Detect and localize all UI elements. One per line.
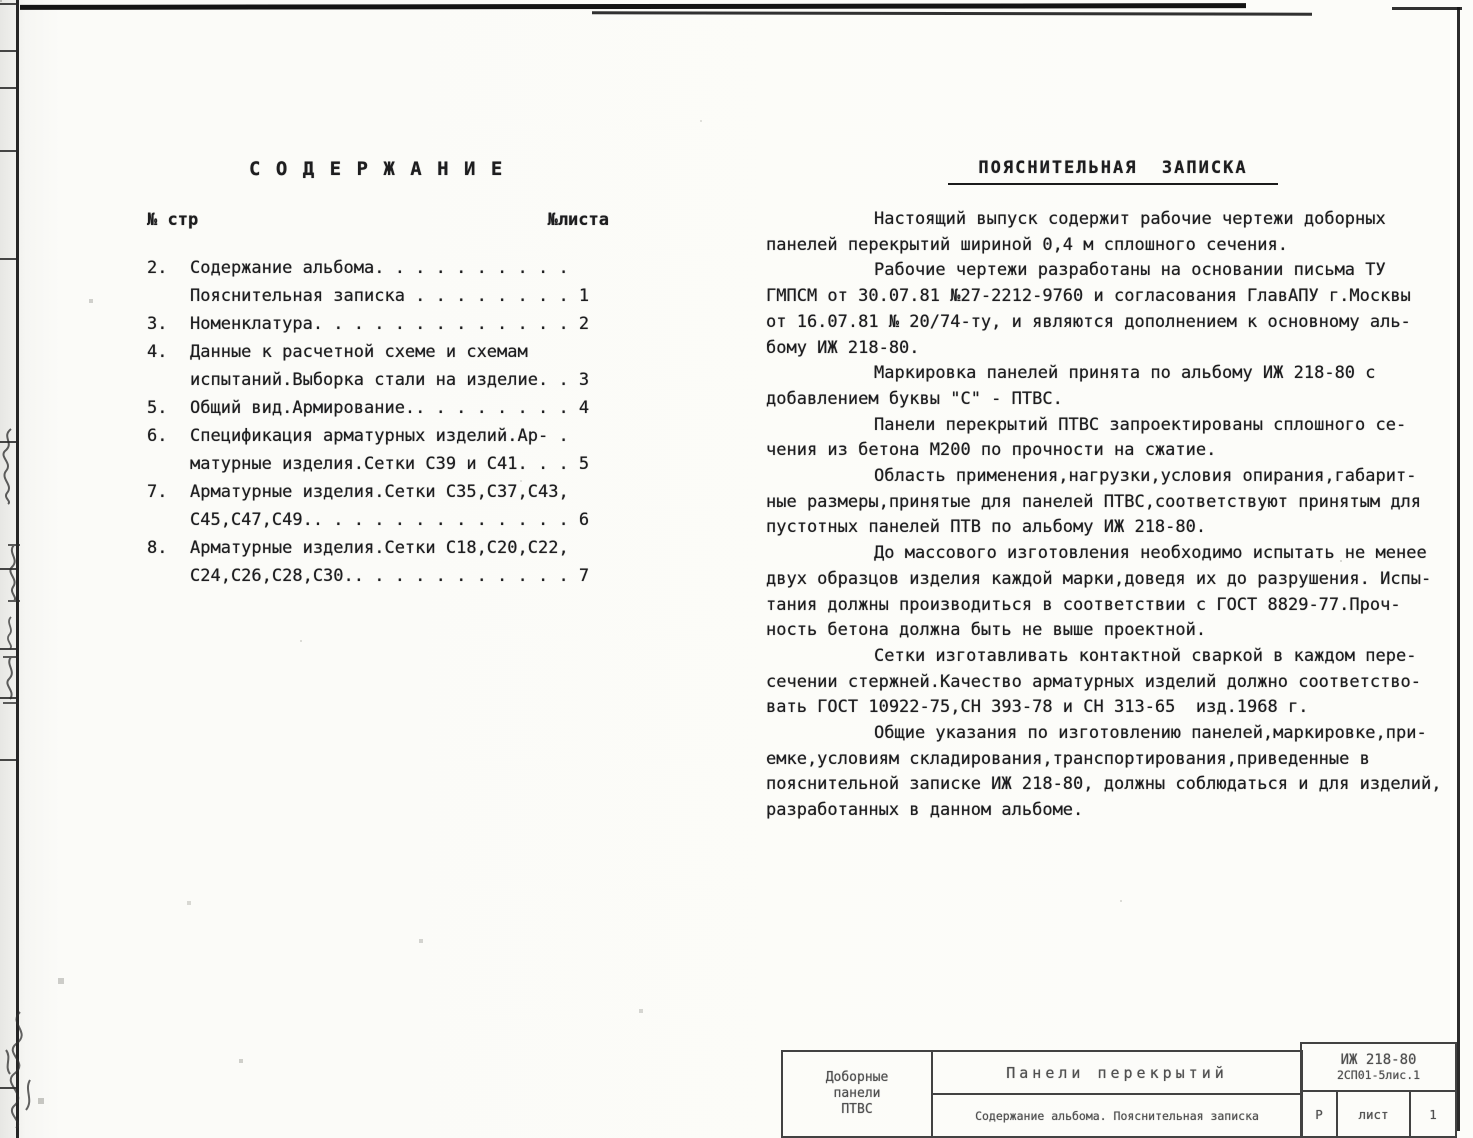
title-block-sheet-title: Содержание альбома. Пояснительная записк…: [933, 1095, 1301, 1136]
contents-item-line: Арматурные изделия.Сетки С35,С37,С43,: [190, 478, 619, 506]
note-paragraph: Панели перекрытий ПТВС запроектированы с…: [766, 413, 1460, 464]
note-line: пояснительной записке ИЖ 218-80, должны …: [766, 772, 1460, 798]
contents-column-headers: № стр №листа: [147, 210, 609, 230]
contents-item-line: Арматурные изделия.Сетки С18,С20,С22,: [190, 534, 619, 562]
note-paragraph: Сетки изготавливать контактной сваркой в…: [766, 644, 1460, 721]
margin-tick: [0, 87, 16, 89]
contents-heading: С О Д Е Р Ж А Н И Е: [249, 158, 619, 180]
note-line: Общие указания по изготовлению панелей,м…: [766, 721, 1460, 747]
note-heading: ПОЯСНИТЕЛЬНАЯ ЗАПИСКА: [948, 158, 1277, 185]
doc-code-line1: ИЖ 218-80: [1341, 1052, 1417, 1068]
note-paragraph: Общие указания по изготовлению панелей,м…: [766, 721, 1460, 824]
contents-col-sheet: №листа: [548, 210, 609, 230]
contents-item-line: испытаний.Выборка стали на изделие. . 3: [190, 366, 619, 394]
title-block-project: Доборные панели ПТВС: [783, 1052, 933, 1136]
contents-item-line: Данные к расчетной схеме и схемам: [190, 338, 619, 366]
note-line: двух образцов изделия каждой марки,довед…: [766, 567, 1460, 593]
note-paragraph: До массового изготовления необходимо исп…: [766, 541, 1460, 644]
note-line: ные размеры,принятые для панелей ПТВС,со…: [766, 490, 1460, 516]
contents-item-number: 7.: [147, 478, 190, 534]
contents-item-line: С45,С47,С49.. . . . . . . . . . . . . 6: [190, 506, 619, 534]
sheet-cells: Р лист 1: [1302, 1092, 1455, 1136]
margin-tick: [0, 3, 16, 5]
title-block-series-title: Панели перекрытий: [933, 1052, 1301, 1095]
title-block-designation: ИЖ 218-80 2СП01-5лис.1 Р лист 1: [1300, 1042, 1457, 1138]
note-paragraph: Маркировка панелей принята по альбому ИЖ…: [766, 361, 1460, 412]
handwritten-scribble: [0, 1010, 40, 1130]
contents-item-line: Номенклатура. . . . . . . . . . . . . 2: [190, 310, 619, 338]
note-line: бому ИЖ 218-80.: [766, 336, 1460, 362]
note-line: Рабочие чертежи разработаны на основании…: [766, 258, 1460, 284]
note-line: емке,условиям складирования,транспортиро…: [766, 747, 1460, 773]
note-line: До массового изготовления необходимо исп…: [766, 541, 1460, 567]
project-line: панели: [834, 1086, 881, 1102]
stage-cell: Р: [1302, 1092, 1338, 1136]
handwritten-scribble: [4, 543, 24, 603]
contents-item-line: Пояснительная записка . . . . . . . . 1: [190, 282, 619, 310]
contents-item-number: 5.: [147, 394, 190, 422]
frame-line-top-second: [592, 11, 1312, 16]
title-block: Доборные панели ПТВС Панели перекрытий С…: [781, 1050, 1457, 1138]
margin-tick: [0, 258, 16, 260]
note-paragraph: Рабочие чертежи разработаны на основании…: [766, 258, 1460, 361]
note-line: от 16.07.81 № 20/74-ту, и являются допол…: [766, 310, 1460, 336]
doc-code-line2: 2СП01-5лис.1: [1337, 1068, 1420, 1082]
note-line: тания должны производиться в соответстви…: [766, 593, 1460, 619]
note-line: Сетки изготавливать контактной сваркой в…: [766, 644, 1460, 670]
contents-item-line: Общий вид.Армирование.. . . . . . . . 4: [190, 394, 619, 422]
note-body: Настоящий выпуск содержит рабочие чертеж…: [766, 207, 1460, 824]
note-line: Область применения,нагрузки,условия опир…: [766, 464, 1460, 490]
note-line: добавлением буквы "С" - ПТВС.: [766, 387, 1460, 413]
note-line: панелей перекрытий шириной 0,4 м сплошно…: [766, 233, 1460, 259]
contents-item: 5. Общий вид.Армирование.. . . . . . . .…: [147, 394, 619, 422]
contents-item-number: 4.: [147, 338, 190, 394]
handwritten-scribble: [1, 615, 19, 651]
contents-item-number: 8.: [147, 534, 190, 590]
table-of-contents: С О Д Е Р Ж А Н И Е № стр №листа 2. Соде…: [147, 158, 619, 590]
contents-item-line: С24,С26,С28,С30.. . . . . . . . . . . 7: [190, 562, 619, 590]
title-block-main: Доборные панели ПТВС Панели перекрытий С…: [781, 1050, 1303, 1138]
note-line: пустотных панелей ПТВ по альбому ИЖ 218-…: [766, 515, 1460, 541]
contents-item: 8. Арматурные изделия.Сетки С18,С20,С22,…: [147, 534, 619, 590]
contents-item: 4. Данные к расчетной схеме и схемам исп…: [147, 338, 619, 394]
contents-item-number: 6.: [147, 422, 190, 478]
note-line: Настоящий выпуск содержит рабочие чертеж…: [766, 207, 1460, 233]
contents-item: 6. Спецификация арматурных изделий.Ар- .…: [147, 422, 619, 478]
note-line: сечении стержней.Качество арматурных изд…: [766, 670, 1460, 696]
contents-item-number: 2.: [147, 254, 190, 310]
margin-tick: [0, 50, 16, 52]
handwritten-scribble: [0, 655, 22, 705]
frame-line-top: [20, 3, 1246, 10]
contents-item-line: Спецификация арматурных изделий.Ар- .: [190, 422, 619, 450]
margin-tick: [0, 150, 16, 152]
note-line: Маркировка панелей принята по альбому ИЖ…: [766, 361, 1460, 387]
contents-col-page: № стр: [147, 210, 198, 230]
note-line: Панели перекрытий ПТВС запроектированы с…: [766, 413, 1460, 439]
contents-item: 7. Арматурные изделия.Сетки С35,С37,С43,…: [147, 478, 619, 534]
note-line: ГМПСМ от 30.07.81 №27-2212-9760 и соглас…: [766, 284, 1460, 310]
note-line: чения из бетона М200 по прочности на сжа…: [766, 438, 1460, 464]
contents-item-line: матурные изделия.Сетки С39 и С41. . . 5: [190, 450, 619, 478]
contents-item-line: Содержание альбома. . . . . . . . . .: [190, 254, 619, 282]
note-line: вать ГОСТ 10922-75,СН 393-78 и СН 313-65…: [766, 695, 1460, 721]
margin-tick: [0, 759, 16, 761]
project-line: ПТВС: [841, 1102, 872, 1118]
contents-item-number: 3.: [147, 310, 190, 338]
scan-noise: [0, 0, 2, 2]
note-line: ность бетона должна быть не выше проектн…: [766, 618, 1460, 644]
explanatory-note: ПОЯСНИТЕЛЬНАЯ ЗАПИСКА Настоящий выпуск с…: [766, 158, 1460, 824]
title-block-titles: Панели перекрытий Содержание альбома. По…: [933, 1052, 1301, 1136]
doc-code: ИЖ 218-80 2СП01-5лис.1: [1302, 1044, 1455, 1092]
sheet-number-cell: 1: [1411, 1092, 1455, 1136]
note-paragraph: Область применения,нагрузки,условия опир…: [766, 464, 1460, 541]
scanned-document-page: С О Д Е Р Ж А Н И Е № стр №листа 2. Соде…: [0, 0, 1473, 1138]
contents-list: 2. Содержание альбома. . . . . . . . . .…: [147, 254, 619, 590]
sheet-label-cell: лист: [1338, 1092, 1411, 1136]
project-line: Доборные: [826, 1070, 889, 1086]
contents-item: 3. Номенклатура. . . . . . . . . . . . .…: [147, 310, 619, 338]
note-line: разработанных в данном альбоме.: [766, 798, 1460, 824]
contents-item: 2. Содержание альбома. . . . . . . . . .…: [147, 254, 619, 310]
frame-line-top-right: [1392, 7, 1462, 10]
note-paragraph: Настоящий выпуск содержит рабочие чертеж…: [766, 207, 1460, 258]
handwritten-scribble: [0, 425, 19, 505]
